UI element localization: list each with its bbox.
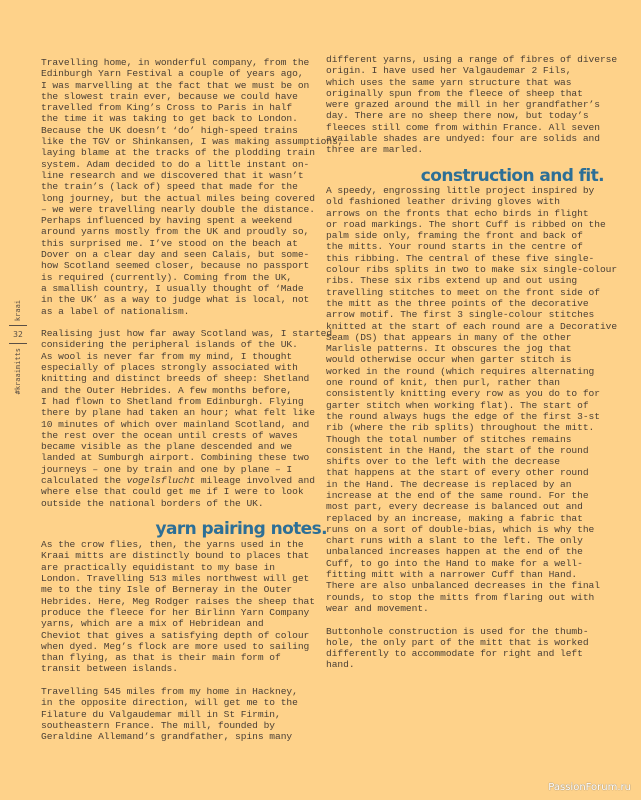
paragraph-buttonhole: Buttonhole construction is used for the … bbox=[326, 626, 608, 671]
watermark: PassionForum.ru bbox=[548, 782, 631, 793]
paragraph-valgaudemar: Travelling 545 miles from my home in Hac… bbox=[41, 686, 321, 742]
paragraph-birlinn: As the crow flies, then, the yarns used … bbox=[41, 539, 321, 675]
section-heading-construction: construction and fit. bbox=[326, 167, 604, 185]
right-column: different yarns, using a range of fibres… bbox=[326, 54, 608, 682]
paragraph-valgaudemar-cont: different yarns, using a range of fibres… bbox=[326, 54, 608, 156]
folio-divider bbox=[9, 325, 27, 326]
hashtag-label: #kraaimitts bbox=[14, 348, 22, 394]
paragraph-construction: A speedy, engrossing little project insp… bbox=[326, 185, 608, 614]
paragraph-islands: Realising just how far away Scotland was… bbox=[41, 328, 321, 509]
left-column: Travelling home, in wonderful company, f… bbox=[41, 57, 321, 754]
page-folio: kraai 32 #kraaimitts bbox=[6, 300, 30, 394]
section-label: kraai bbox=[14, 300, 22, 321]
paragraph-intro: Travelling home, in wonderful company, f… bbox=[41, 57, 321, 317]
section-heading-yarn-pairing: yarn pairing notes. bbox=[41, 520, 327, 538]
page-number: 32 bbox=[13, 330, 23, 339]
italic-term: vogelsflucht bbox=[127, 475, 196, 486]
paragraph-text: Realising just how far away Scotland was… bbox=[41, 328, 332, 486]
folio-divider bbox=[9, 343, 27, 344]
